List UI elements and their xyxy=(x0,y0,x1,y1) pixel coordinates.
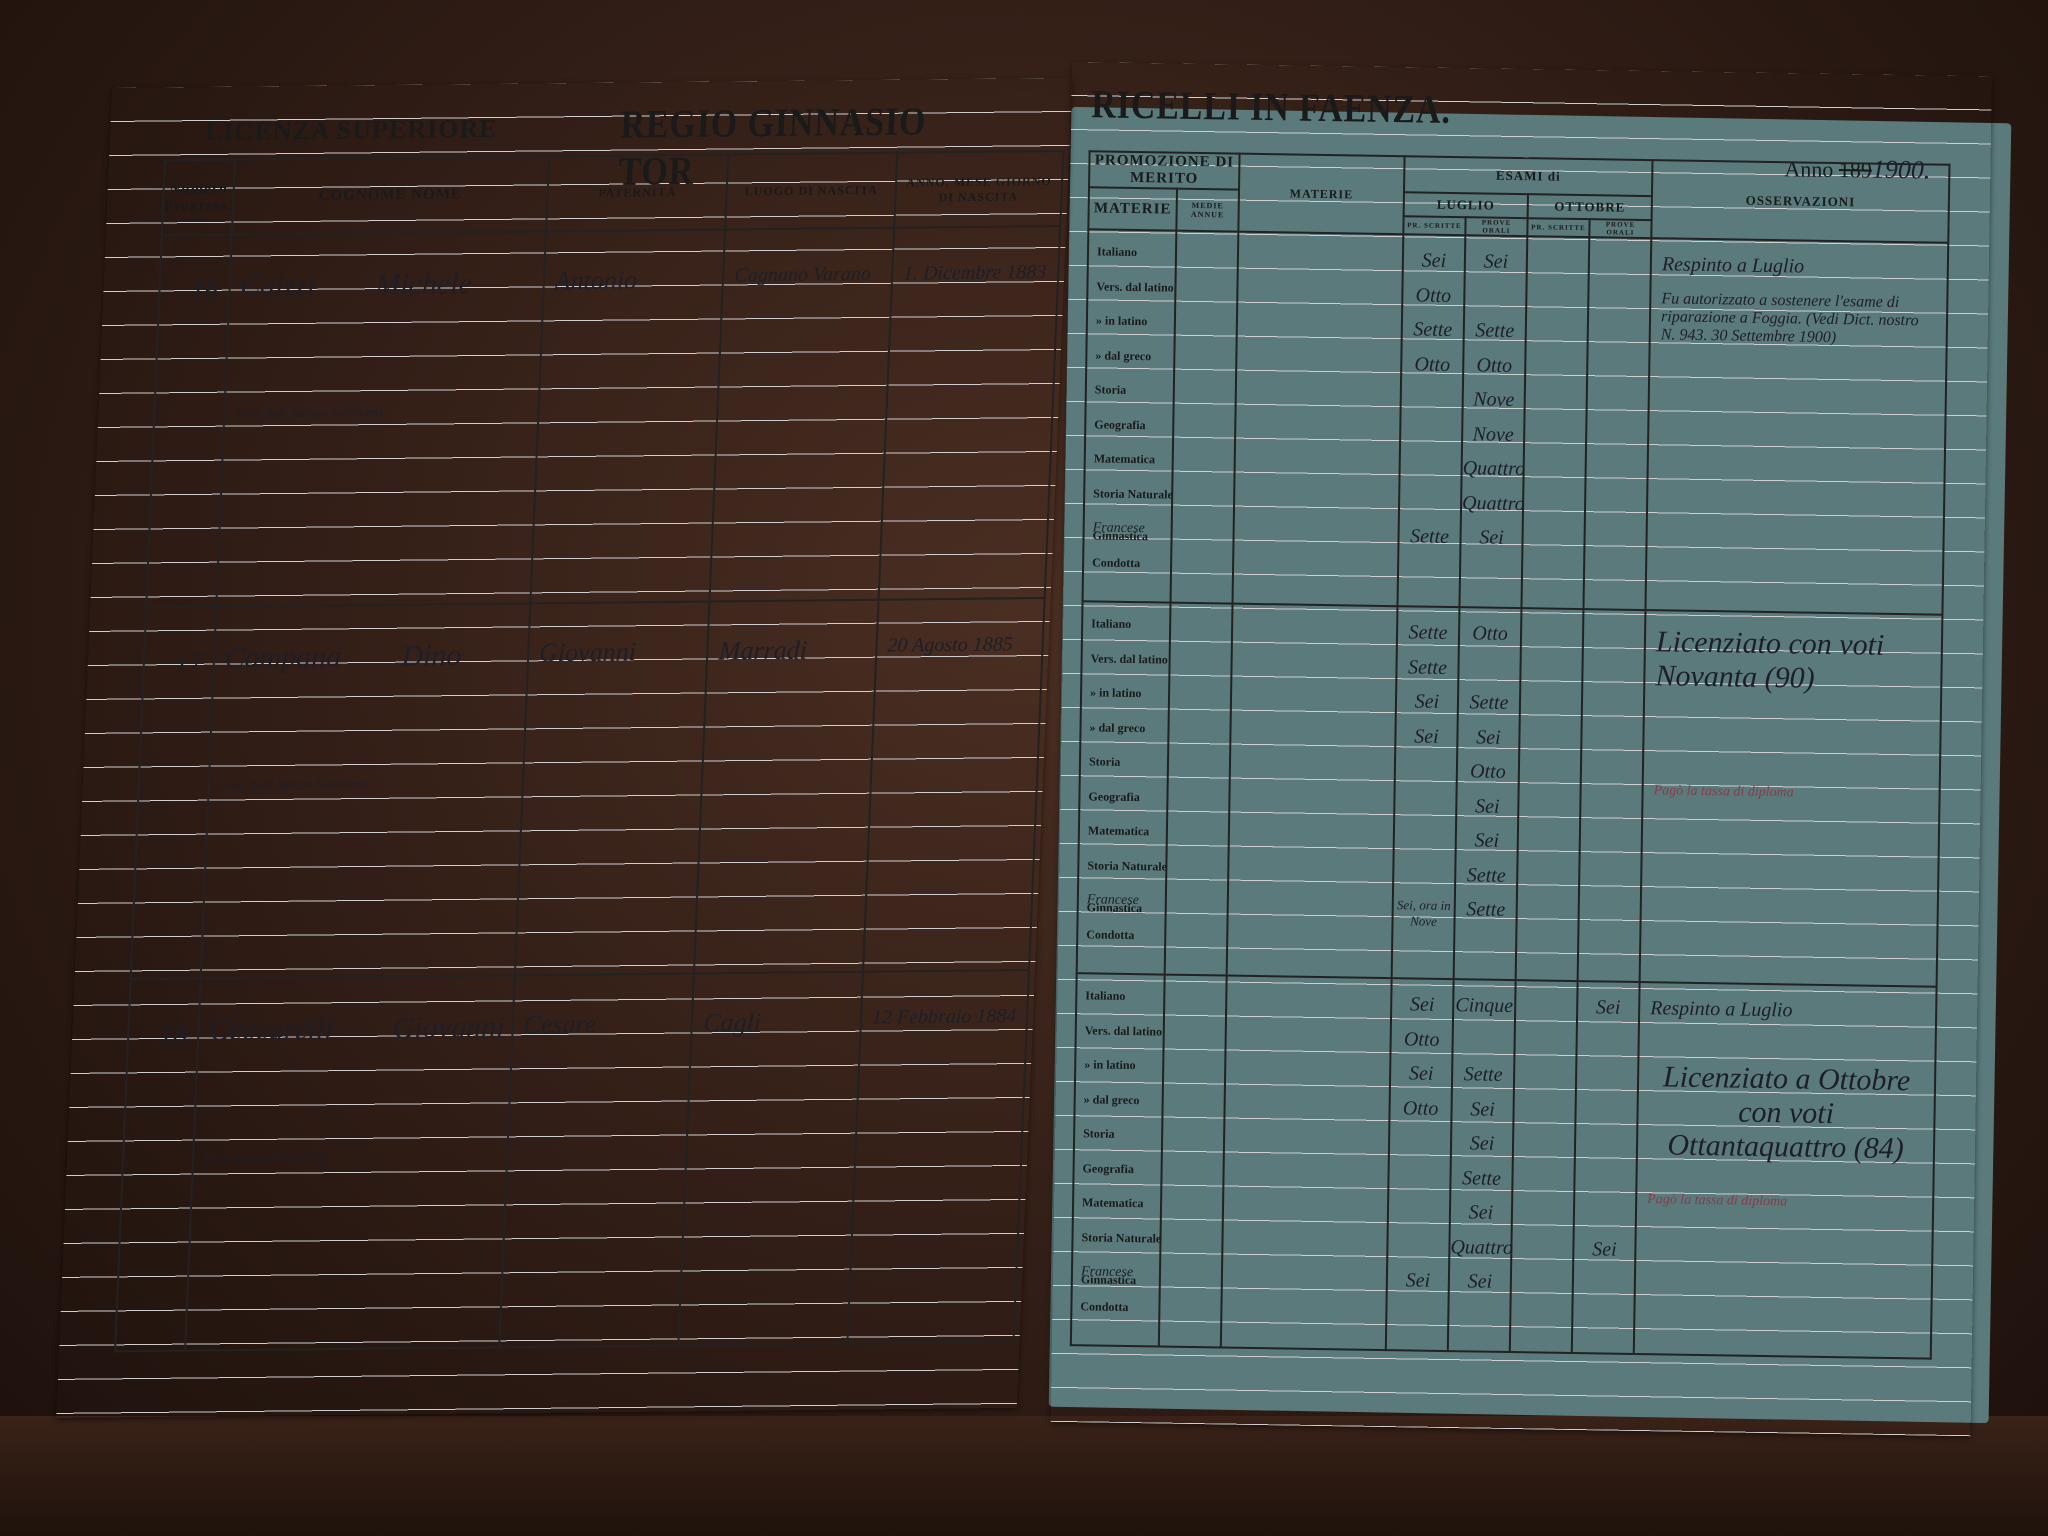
right-page: RICELLI IN FAENZA. Anno 1891900. PROMOZI… xyxy=(1051,62,1992,1436)
col-data-nascita: ANNO. MESE GIORNO DI NASCITA xyxy=(894,151,1063,228)
col-ottobre-scritte: PR. SCRITTE xyxy=(1527,218,1589,237)
col-ottobre: OTTOBRE xyxy=(1528,194,1652,220)
student-number: 17 xyxy=(144,608,215,681)
col-luglio: LUGLIO xyxy=(1404,192,1528,218)
given-name: Michele xyxy=(375,267,473,301)
student-name: CampanaDino xyxy=(214,604,529,675)
ottobre-orali-grades xyxy=(1583,237,1651,610)
col-luglio-orali: PROVE ORALI xyxy=(1465,217,1527,236)
left-register-table: Numero Progress. COGNOME NOME PATERNITÀ … xyxy=(114,150,1064,1352)
col-luglio-scritte: PR. SCRITTE xyxy=(1403,216,1465,235)
student-row: 16 CaizziMichele Prov. dall' Istituto Sa… xyxy=(146,226,1060,607)
col-materie-2: MATERIE xyxy=(1238,154,1404,235)
luglio-orali-grades: CinqueSetteSeiSeiSetteSeiQuattroSei xyxy=(1449,980,1515,1340)
subject-list: ItalianoVers. dal latino» in latino» dal… xyxy=(1072,974,1164,1334)
observations: Respinto a Luglio Licenziato a Ottobre c… xyxy=(1637,983,1936,1241)
col-medie-annue: MEDIE ANNUE xyxy=(1176,189,1239,232)
observations: Licenziato con voti Novanta (90) Pagò la… xyxy=(1643,611,1941,832)
luglio-scritte-grades: SeiOttoSeiOttoSei xyxy=(1387,979,1453,1339)
subject-list: ItalianoVers. dal latino» in latino» dal… xyxy=(1078,602,1170,962)
student-number: 16 xyxy=(160,236,231,309)
luglio-orali-grades: OttoSetteSeiOttoSeiSeiSetteSette xyxy=(1455,608,1521,968)
medie-cell xyxy=(1171,231,1239,604)
ottobre-orali-grades xyxy=(1578,609,1646,982)
col-esami: ESAMI di xyxy=(1404,156,1653,196)
birth-date: 1. Dicembre 1883 xyxy=(893,227,1060,286)
ottobre-orali-grades: SeiSei xyxy=(1573,982,1639,1342)
materie-cell xyxy=(1221,976,1392,1351)
col-materie: MATERIE xyxy=(1088,187,1177,230)
ottobre-scritte-grades xyxy=(1521,236,1589,609)
medie-cell xyxy=(1165,603,1233,976)
grades-row: ItalianoVers. dal latino» in latino» dal… xyxy=(1077,601,1943,986)
student-name: CaizziMichele xyxy=(230,232,545,303)
paternity: Antonio xyxy=(544,231,724,297)
grades-row: ItalianoVers. dal latino» in latino» dal… xyxy=(1071,973,1937,1358)
student-row: 18 CeccarelliGiovanni Prov. da scuola pa… xyxy=(115,970,1029,1351)
col-paternita: PATERNITÀ xyxy=(546,155,729,232)
luglio-scritte-grades: SeiOttoSetteOttoSette xyxy=(1399,235,1465,595)
right-register-table: PROMOZIONE DI MERITO MATERIE ESAMI di OS… xyxy=(1070,150,1951,1359)
luglio-scritte-grades: SetteSetteSeiSeiSei, ora in Nove xyxy=(1393,607,1459,967)
col-osservazioni: OSSERVAZIONI xyxy=(1651,160,1949,243)
diploma-fee-note: Pagò la tassa di diploma xyxy=(1647,1192,1922,1212)
birth-date: 20 Agosto 1885 xyxy=(877,599,1044,658)
title-right-half: RICELLI IN FAENZA. xyxy=(1091,80,1451,133)
given-name: Dino xyxy=(401,639,462,673)
birthplace: Cagnano Varano xyxy=(724,229,893,288)
surname: Campana xyxy=(224,640,342,674)
desk-surface xyxy=(0,1416,2048,1536)
ottobre-scritte-grades xyxy=(1510,980,1578,1353)
luglio-orali-grades: SeiSetteOttoNoveNoveQuattroQuattroSei xyxy=(1461,236,1527,596)
col-promozione: PROMOZIONE DI MERITO xyxy=(1089,151,1240,189)
surname: Ceccarelli xyxy=(208,1012,333,1046)
student-name: CeccarelliGiovanni xyxy=(198,976,513,1047)
materie-cell xyxy=(1233,232,1404,607)
paternity: Cesare xyxy=(513,974,693,1040)
col-cognome-nome: COGNOME NOME xyxy=(231,156,549,234)
medie-cell xyxy=(1159,975,1227,1348)
provenance-note: Prov. dall' Istituto Salesiano. xyxy=(219,776,370,794)
ottobre-scritte-grades xyxy=(1516,608,1584,981)
observations: Respinto a Luglio Fu autorizzato a soste… xyxy=(1650,239,1947,377)
col-numero: Numero Progress. xyxy=(162,160,235,236)
given-name: Giovanni xyxy=(392,1010,505,1044)
col-luogo: LUOGO DI NASCITA xyxy=(726,153,898,230)
col-ottobre-orali: PROVE ORALI xyxy=(1589,219,1651,238)
surname: Caizzi xyxy=(240,269,316,303)
birth-date: 12 Febbraio 1884 xyxy=(861,971,1028,1030)
provenance-note: Prov. da scuola paterna xyxy=(203,1148,328,1165)
subject-list: ItalianoVers. dal latino» in latino» dal… xyxy=(1084,230,1176,590)
student-number: 18 xyxy=(129,980,200,1053)
provenance-note: Prov. dall' Istituto Salesiano xyxy=(235,404,383,422)
student-row: 17 CampanaDino Prov. dall' Istituto Sale… xyxy=(131,598,1045,979)
materie-cell xyxy=(1227,604,1398,979)
birthplace: Cagli xyxy=(693,973,862,1039)
paternity: Giovanni xyxy=(529,602,709,668)
diploma-fee-note: Pagò la tassa di diploma xyxy=(1654,783,1929,803)
left-page: LICENZA SUPERIORE REGIO GINNASIO TOR Num… xyxy=(56,78,1072,1418)
birthplace: Marradi xyxy=(708,601,877,667)
grades-row: ItalianoVers. dal latino» in latino» dal… xyxy=(1083,229,1949,614)
licenza-header: LICENZA SUPERIORE xyxy=(205,114,499,147)
